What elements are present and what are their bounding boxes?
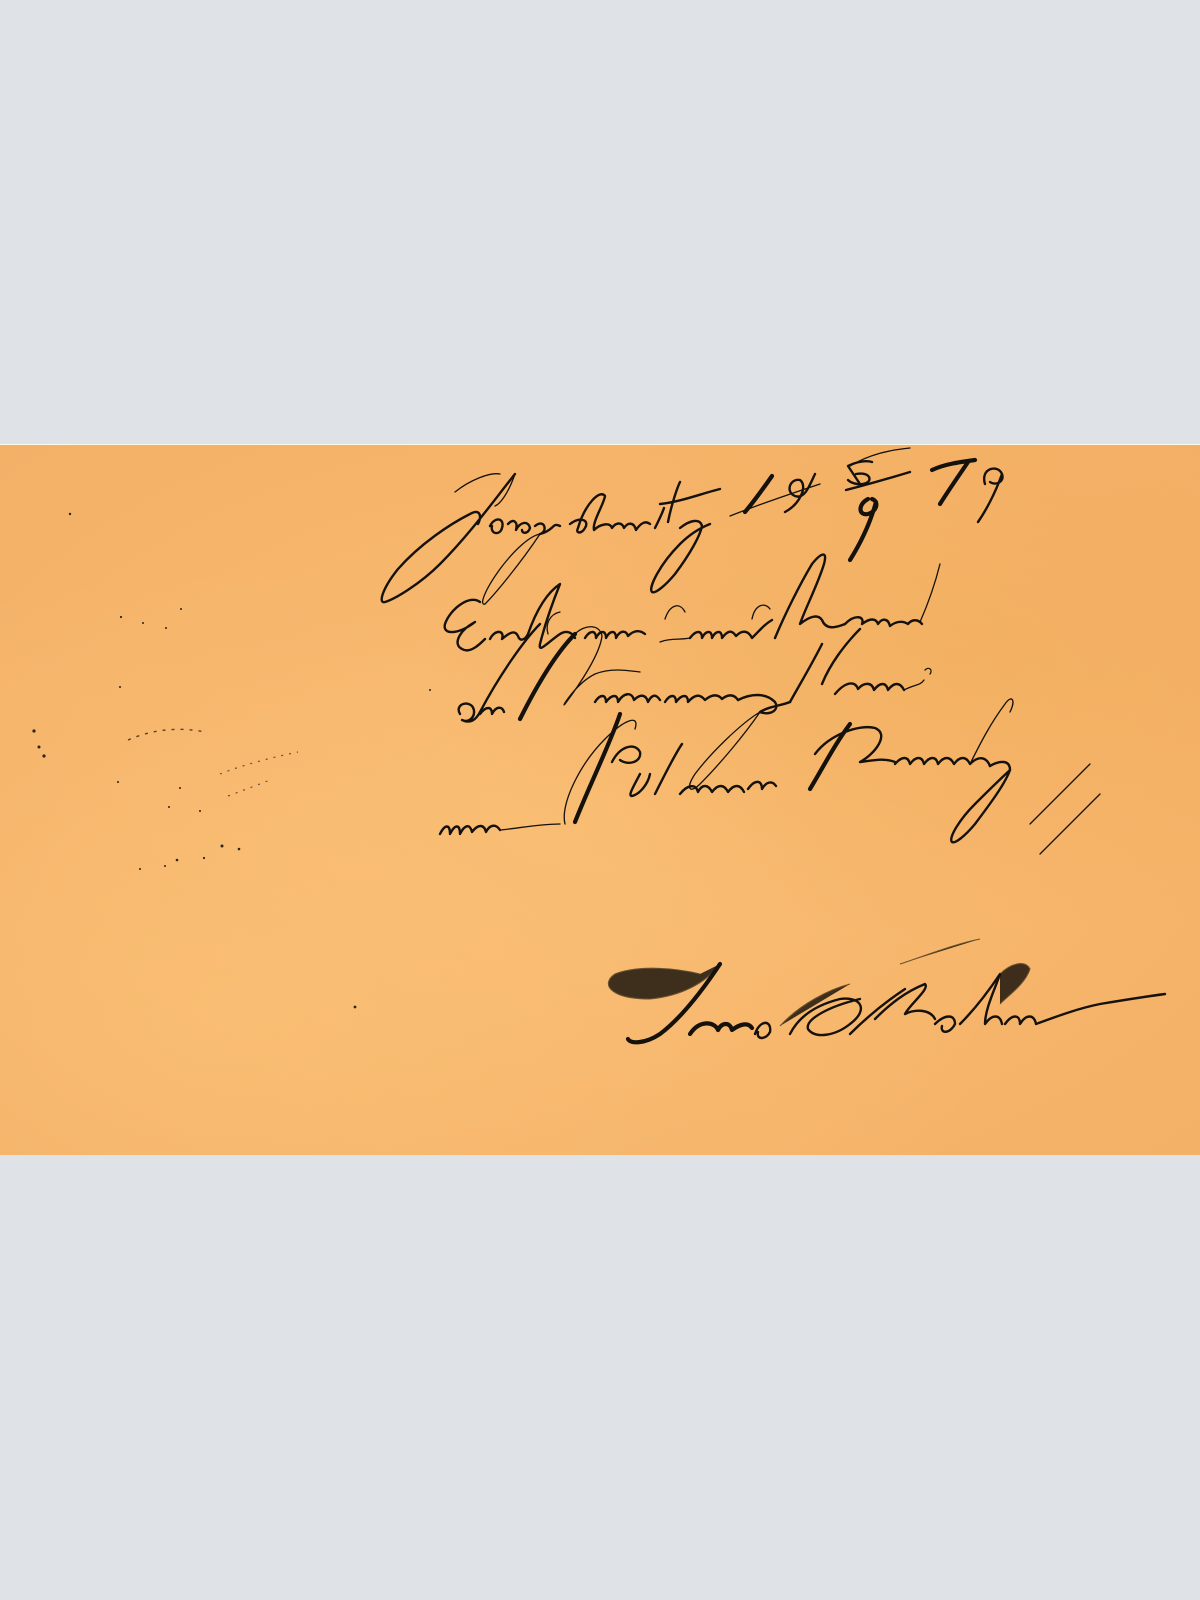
postmark-remnants xyxy=(32,513,431,1009)
handwriting-body-line-3 xyxy=(440,699,1100,854)
postcard: Gorazdowitz 18 5/9 79 Ersuche um umgehen… xyxy=(0,444,1200,1155)
handwriting-body-line-1 xyxy=(445,555,940,651)
page: Gorazdowitz 18 5/9 79 Ersuche um umgehen… xyxy=(0,0,1200,1600)
handwriting-body-line-2 xyxy=(459,624,931,789)
signature xyxy=(608,939,1165,1042)
handwriting-header xyxy=(382,448,1003,604)
handwriting-canvas xyxy=(0,444,1200,1155)
